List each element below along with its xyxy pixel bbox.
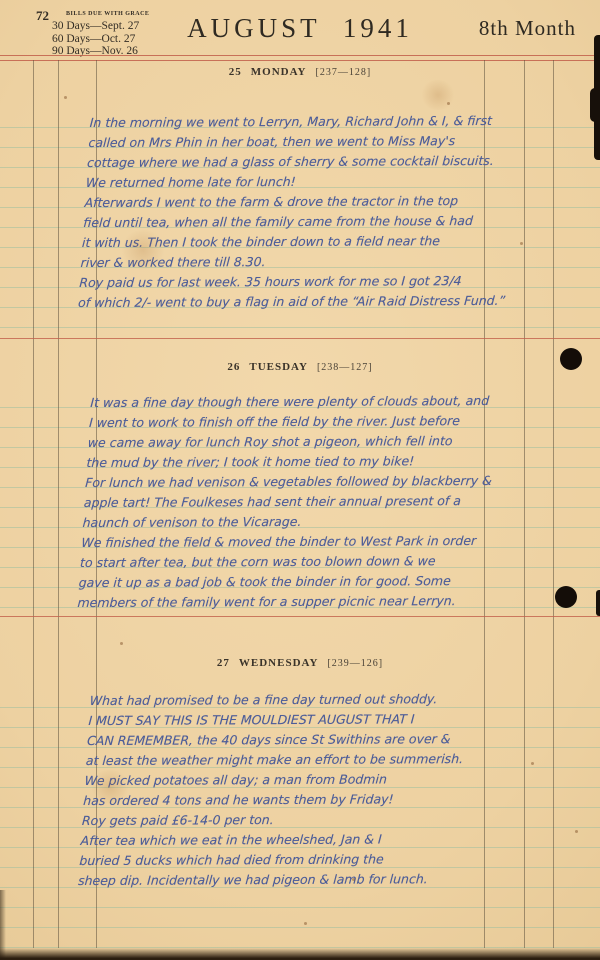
- page-left-shadow: [0, 890, 6, 960]
- margin-line: [33, 60, 34, 948]
- cash-column-line: [524, 60, 525, 948]
- handwriting-line: We picked potatoes all day; a man from B…: [84, 769, 490, 791]
- punched-hole: [555, 586, 577, 608]
- handwriting-line: I went to work to finish off the field b…: [88, 411, 494, 433]
- handwriting-line: the mud by the river; I took it home tie…: [86, 451, 492, 473]
- handwriting-line: Afterwards I went to the farm & drove th…: [84, 191, 490, 213]
- handwriting-line: has ordered 4 tons and he wants them by …: [83, 789, 489, 811]
- handwriting-line: Roy paid us for last week. 35 hours work…: [79, 271, 485, 293]
- paper-speck: [120, 642, 123, 645]
- handwriting-line: of which 2/- went to buy a flag in aid o…: [77, 291, 483, 313]
- day-name: TUESDAY: [249, 361, 308, 373]
- handwriting-line: haunch of venison to the Vicarage.: [82, 511, 488, 533]
- month-ordinal-label: 8th Month: [479, 16, 576, 41]
- header-rule: [0, 55, 600, 61]
- day-number: 26: [227, 361, 240, 373]
- handwriting-line: apple tart! The Foulkeses had sent their…: [83, 491, 489, 513]
- day-of-year-count: [237—128]: [316, 67, 372, 78]
- paper-stain: [120, 230, 166, 270]
- day-of-year-count: [239—126]: [327, 658, 383, 669]
- handwritten-entry-tuesday: It was a fine day though there were plen…: [77, 391, 496, 613]
- handwriting-line: buried 5 ducks which had died from drink…: [79, 849, 485, 871]
- paper-speck: [531, 762, 534, 765]
- handwriting-line: In the morning we went to Lerryn, Mary, …: [89, 111, 495, 133]
- section-header-monday: 25MONDAY[237—128]: [0, 66, 600, 78]
- handwriting-line: For lunch we had venison & vegetables fo…: [85, 471, 491, 493]
- paper-stain: [90, 770, 130, 804]
- paper-speck: [520, 242, 523, 245]
- handwritten-entry-wednesday: What had promised to be a fine day turne…: [77, 689, 495, 891]
- handwriting-line: we came away for lunch Roy shot a pigeon…: [87, 431, 493, 453]
- section-header-wednesday: 27WEDNESDAY[239—126]: [0, 657, 600, 669]
- handwriting-line: called on Mrs Phin in her boat, then we …: [88, 131, 494, 153]
- scan-edge-mark: [590, 88, 600, 122]
- day-number: 25: [229, 66, 242, 78]
- handwriting-line: CAN REMEMBER, the 40 days since St Swith…: [87, 729, 493, 751]
- page-bottom-shadow: [0, 948, 600, 960]
- day-number: 27: [217, 657, 230, 669]
- margin-line: [58, 60, 59, 948]
- cash-column-line: [553, 60, 554, 948]
- handwriting-line: sheep dip. Incidentally we had pigeon & …: [77, 869, 483, 891]
- paper-speck: [64, 96, 67, 99]
- paper-speck: [304, 922, 307, 925]
- paper-speck: [575, 830, 578, 833]
- handwriting-line: Roy gets paid £6-14-0 per ton.: [81, 809, 487, 831]
- handwriting-line: We finished the field & moved the binder…: [81, 531, 487, 553]
- day-name: MONDAY: [251, 66, 307, 78]
- scan-edge-mark: [596, 590, 600, 616]
- paper-speck: [352, 878, 355, 881]
- handwriting-line: I MUST SAY THIS IS THE MOULDIEST AUGUST …: [88, 709, 494, 731]
- day-name: WEDNESDAY: [239, 657, 319, 669]
- handwriting-line: members of the family went for a supper …: [77, 591, 483, 613]
- paper-stain: [420, 80, 456, 110]
- handwriting-line: What had promised to be a fine day turne…: [89, 689, 495, 711]
- handwriting-line: gave it up as a bad job & took the binde…: [78, 571, 484, 593]
- section-divider-rule: [0, 338, 600, 339]
- punched-hole: [560, 348, 582, 370]
- diary-page: 72 BILLS DUE WITH GRACE 30 Days—Sept. 27…: [0, 0, 600, 960]
- day-of-year-count: [238—127]: [317, 362, 373, 373]
- handwriting-line: at least the weather might make an effor…: [85, 749, 491, 771]
- handwriting-line: We returned home late for lunch!: [85, 171, 491, 193]
- paper-speck: [447, 102, 450, 105]
- handwriting-line: After tea which we eat in the wheelshed,…: [80, 829, 486, 851]
- handwriting-line: It was a fine day though there were plen…: [90, 391, 496, 413]
- handwriting-line: cottage where we had a glass of sherry &…: [87, 151, 493, 173]
- section-divider-rule: [0, 616, 600, 617]
- handwritten-entry-monday: In the morning we went to Lerryn, Mary, …: [77, 111, 495, 313]
- section-header-tuesday: 26TUESDAY[238—127]: [0, 361, 600, 373]
- handwriting-line: to start after tea, but the corn was too…: [79, 551, 485, 573]
